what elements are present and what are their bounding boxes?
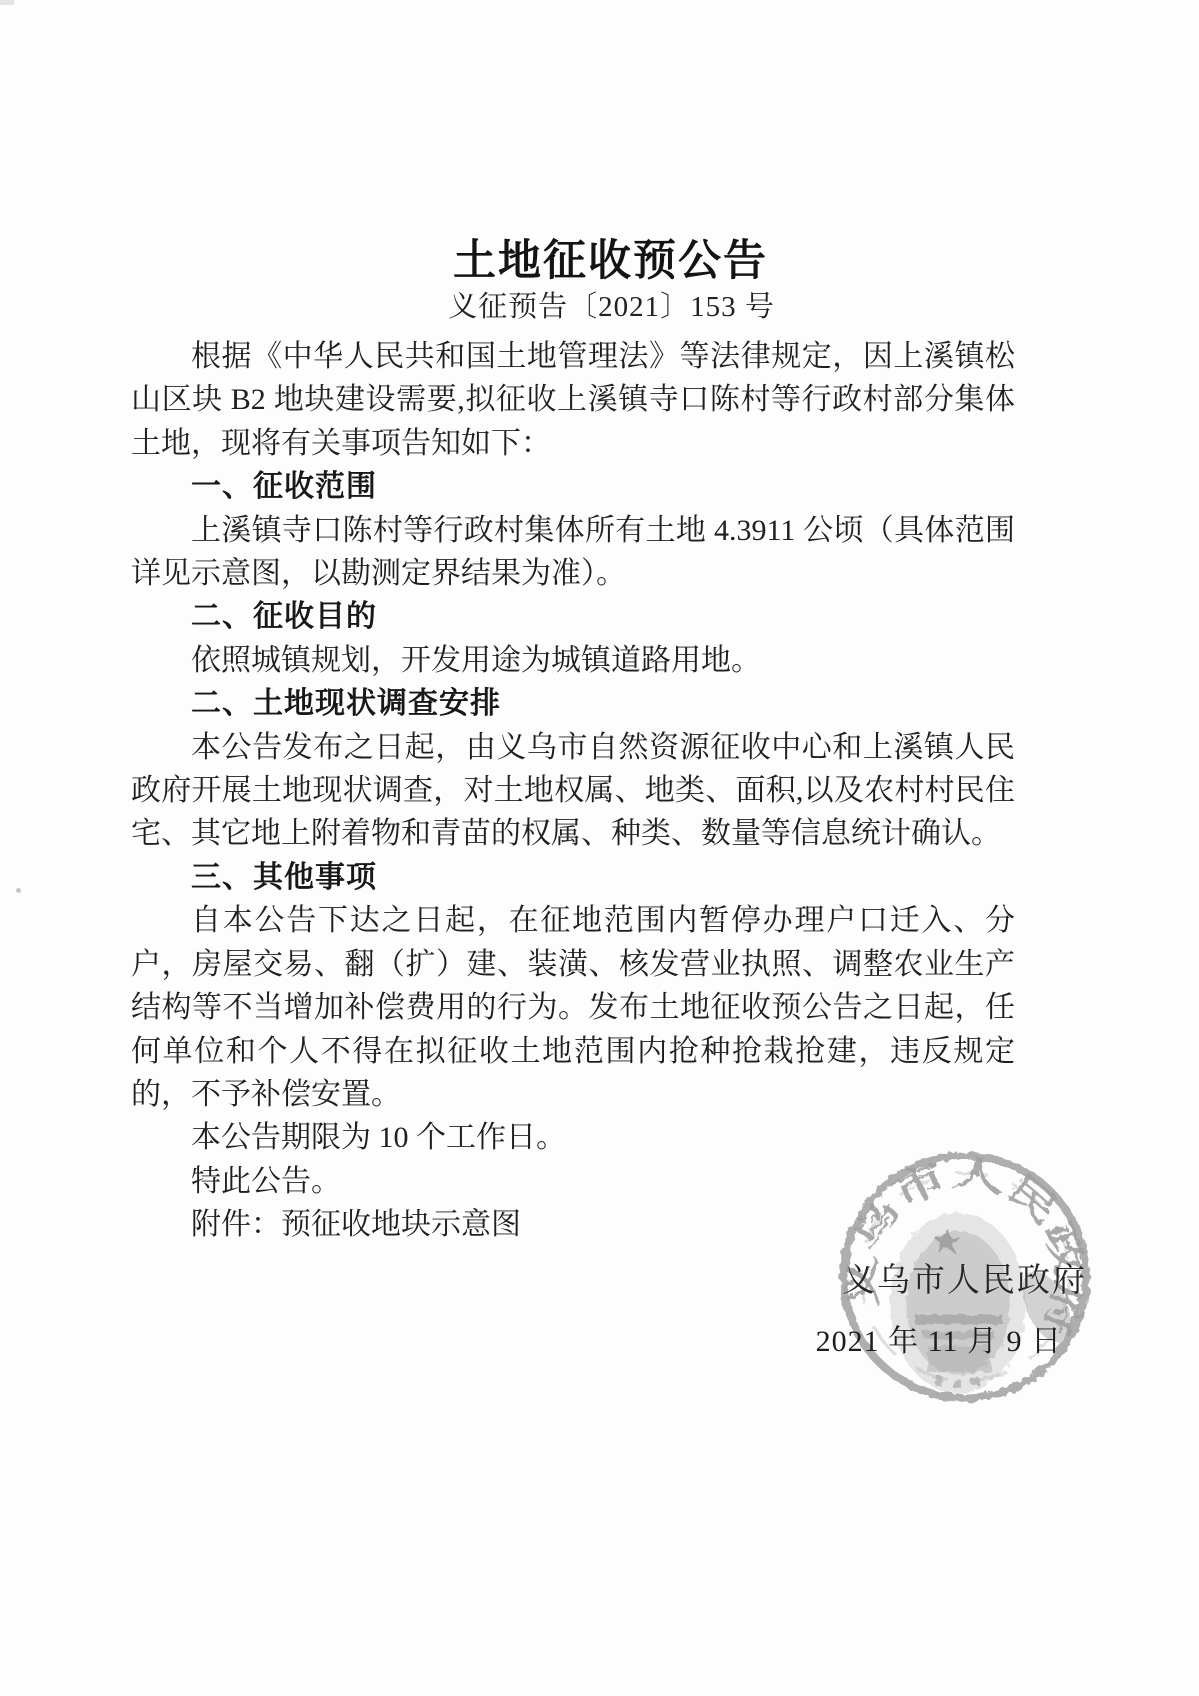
section-heading-purpose: 二、征收目的	[131, 595, 1015, 638]
paragraph-other: 自本公告下达之日起，在征地范围内暂停办理户口迁入、分户，房屋交易、翻（扩）建、装…	[131, 899, 1015, 1116]
page-title: 土地征收预公告	[0, 227, 1199, 288]
paragraph-survey: 本公告发布之日起，由义乌市自然资源征收中心和上溪镇人民政府开展土地现状调查，对土…	[131, 726, 1015, 856]
document-body: 根据《中华人民共和国土地管理法》等法律规定，因上溪镇松山区块 B2 地块建设需要…	[131, 335, 1015, 1247]
issuer-signature: 义乌市人民政府	[842, 1254, 1087, 1301]
section-heading-other: 三、其他事项	[131, 856, 1015, 899]
section-heading-survey: 二、土地现状调查安排	[131, 682, 1015, 725]
issue-date: 2021 年 11 月 9 日	[816, 1316, 1062, 1360]
scan-dot-artifact	[16, 888, 21, 893]
document-number: 义征预告〔2021〕153 号	[0, 284, 1199, 325]
paragraph-intro: 根据《中华人民共和国土地管理法》等法律规定，因上溪镇松山区块 B2 地块建设需要…	[131, 335, 1015, 465]
announcement-page: 土地征收预公告 义征预告〔2021〕153 号 根据《中华人民共和国土地管理法》…	[0, 0, 1199, 1696]
paragraph-hereby: 特此公告。	[131, 1160, 1015, 1203]
section-heading-scope: 一、征收范围	[131, 465, 1015, 508]
paragraph-scope: 上溪镇寺口陈村等行政村集体所有土地 4.3911 公顷（具体范围详见示意图，以勘…	[131, 509, 1015, 596]
scan-corner-artifact	[0, 0, 14, 5]
paragraph-attachment: 附件：预征收地块示意图	[131, 1203, 1015, 1246]
paragraph-purpose: 依照城镇规划，开发用途为城镇道路用地。	[131, 639, 1015, 682]
paragraph-deadline: 本公告期限为 10 个工作日。	[131, 1116, 1015, 1159]
